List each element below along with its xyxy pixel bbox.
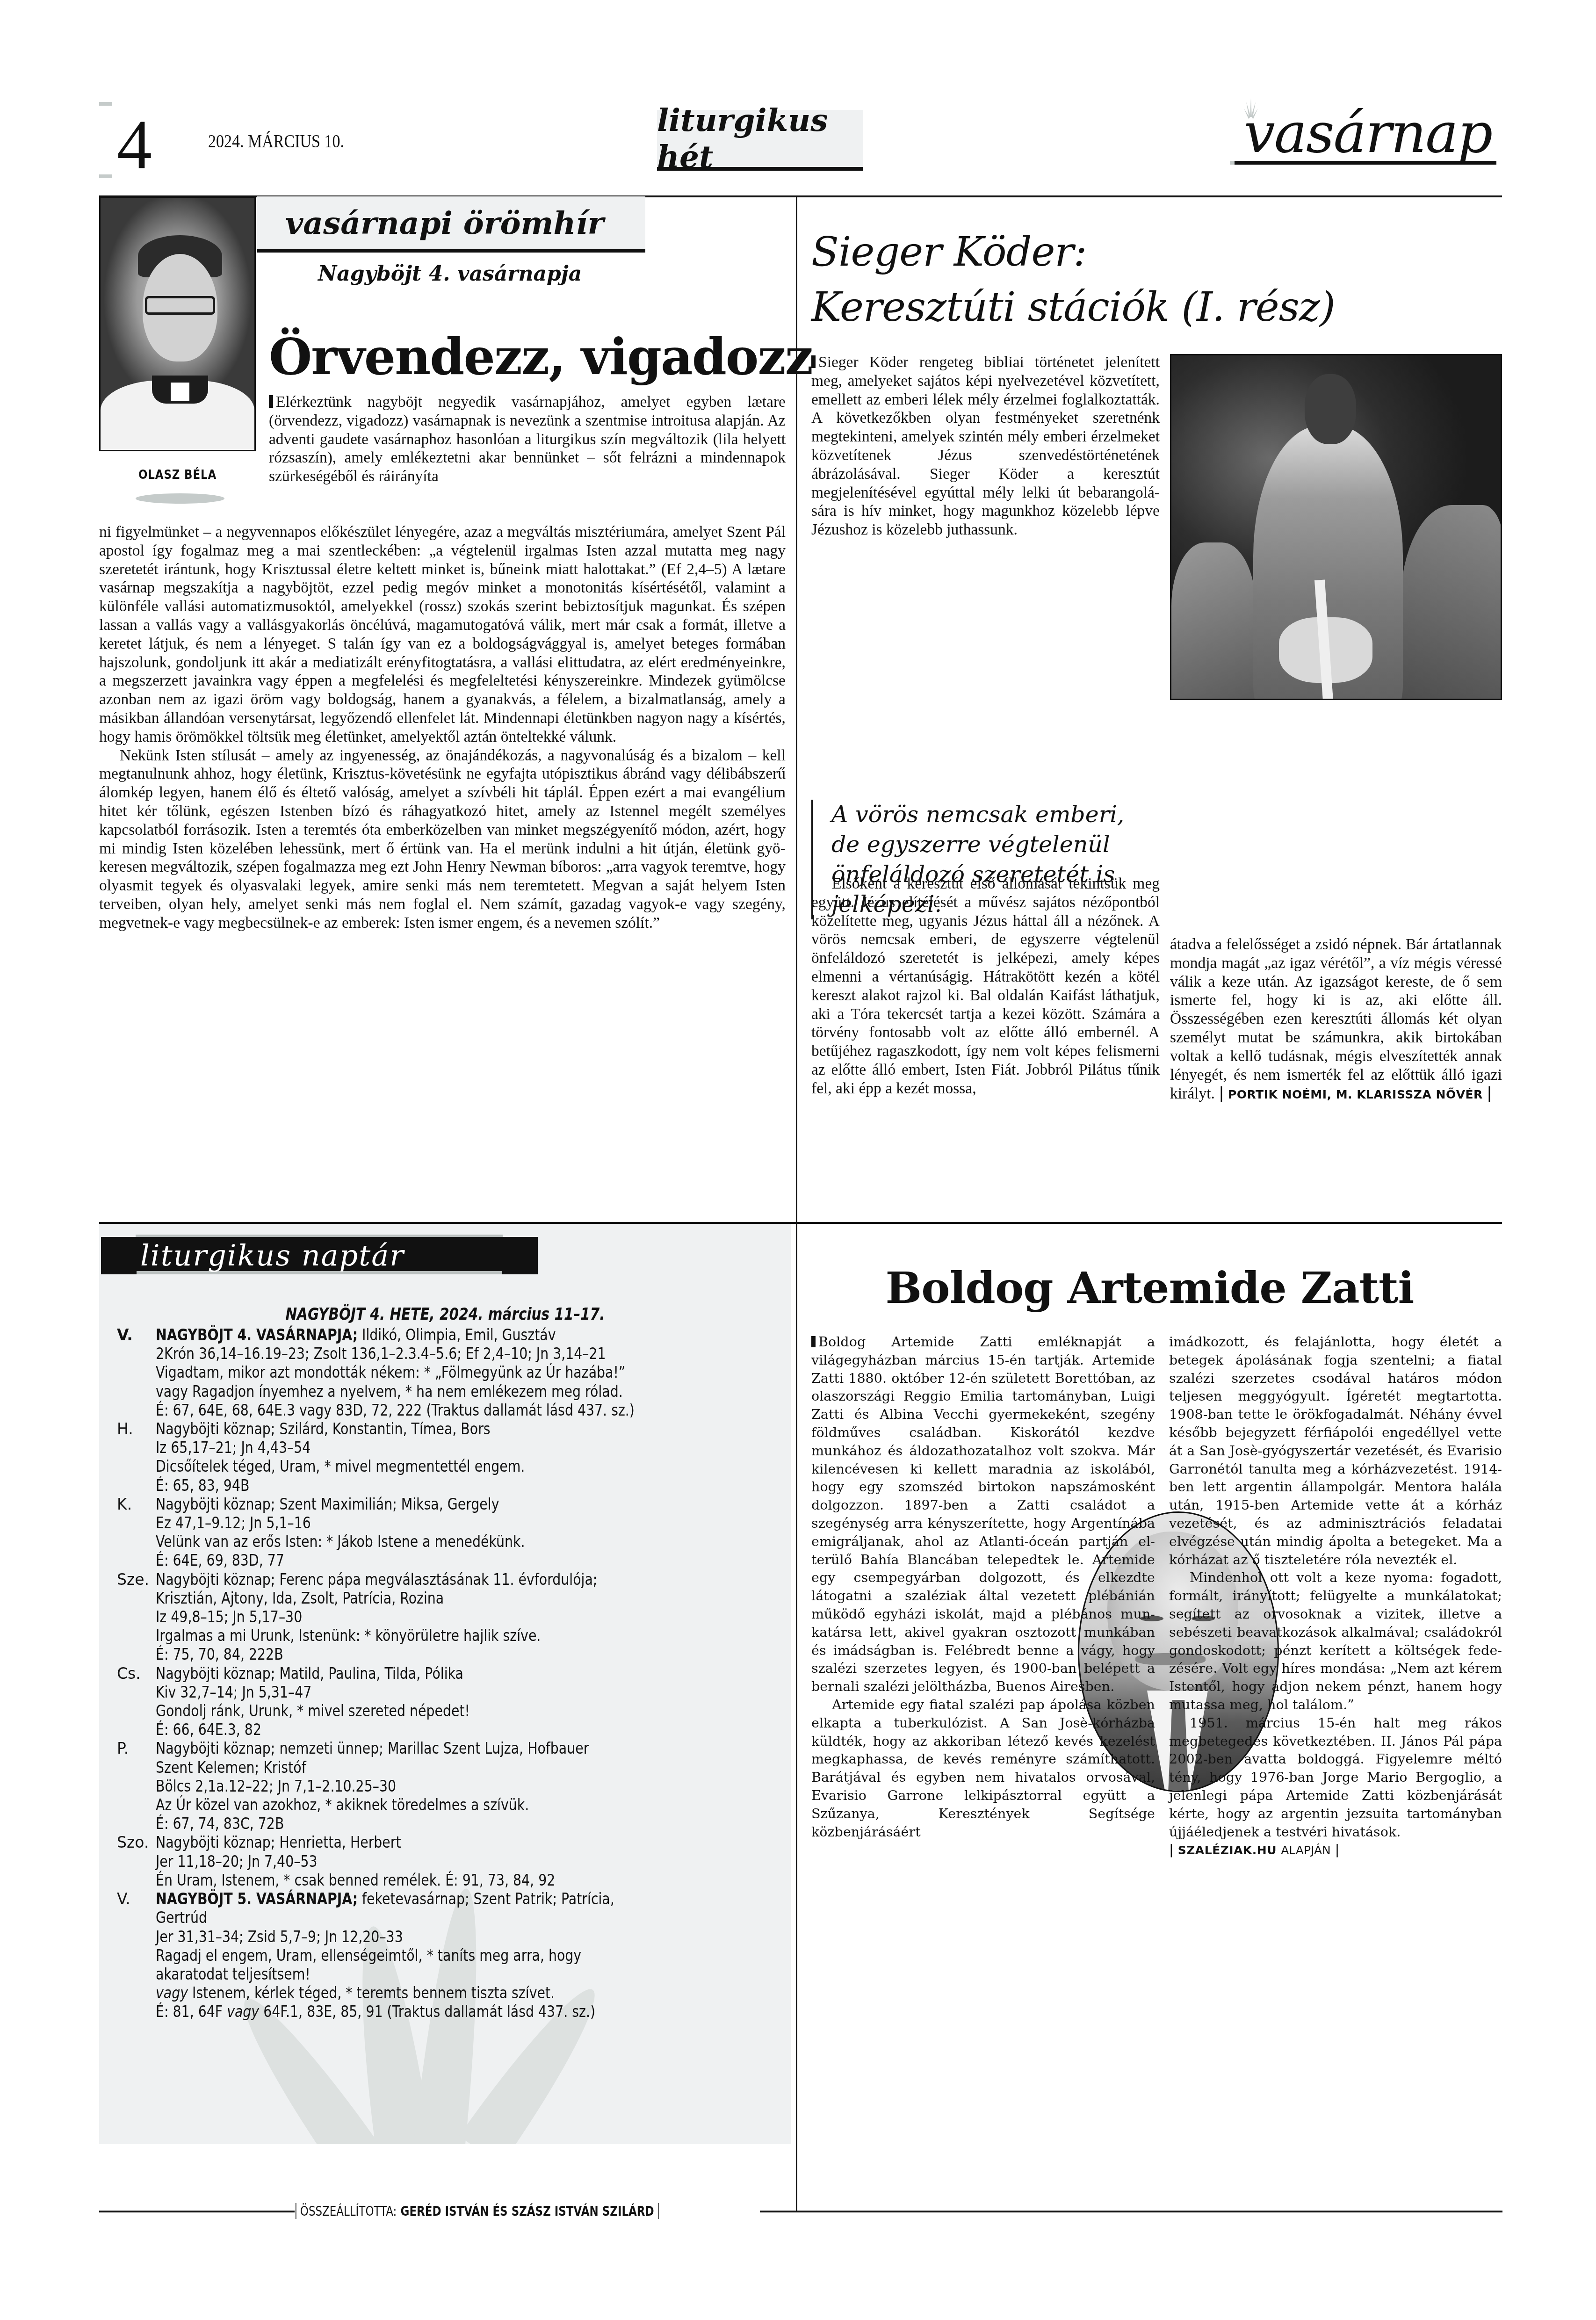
article-body-col2: átadva a felelősséget a zsidó népnek. Bá… (1170, 935, 1502, 1104)
article-title: Örvendezz, vigadozz (269, 327, 812, 386)
paragraph: Boldog Artemide Zatti emléknapját a vilá… (811, 1334, 1155, 1694)
painting-jesus-head (1305, 374, 1356, 444)
day-names: Nagyböjti köznap; Henrietta, Herbert (156, 1833, 686, 1852)
calendar-day: Sze. Nagyböjti köznap; Ferenc pápa megvá… (117, 1570, 772, 1664)
page-number-bar-top (99, 102, 112, 106)
reading-line: Ragadj el engem, Uram, ellenségeimtől, *… (156, 1946, 686, 1965)
reading-line: É: 65, 83, 94B (156, 1476, 686, 1495)
article-intro: Sieger Köder rengeteg bibliai történe­te… (811, 353, 1160, 539)
reading-line: vagy Istenem, kérlek téged, * teremts be… (156, 1984, 686, 2002)
day-names: Ildikó, Olimpia, Emil, Gusztáv (358, 1326, 556, 1344)
section-label: liturgikus hét (657, 110, 863, 171)
day-abbr: K. (117, 1495, 156, 1570)
article-body-col1: Elsőként a keresztút első állomását teki… (811, 875, 1160, 1098)
day-names: Nagyböjti köznap; Szilárd, Konstantin, T… (156, 1420, 686, 1438)
author-name: OLASZ BÉLA (111, 468, 244, 482)
painting-caiaphas (1171, 542, 1256, 700)
paragraph: átadva a felelősséget a zsidó népnek. Bá… (1170, 936, 1502, 1102)
article-byline: PORTIK NOÉMI, M. KLARISSZA NŐVÉR (1228, 1088, 1483, 1101)
reading-line: Velünk van az erős Isten: * Jákob Istene… (156, 1532, 686, 1551)
reading-line: Gertrúd (156, 1908, 686, 1927)
day-names: Nagyböjti köznap; Szent Maximilián; Miks… (156, 1495, 686, 1514)
reading-line: Kiv 32,7–14; Jn 5,31–47 (156, 1683, 686, 1702)
lead-marker-icon (269, 395, 273, 408)
paragraph: Nekünk Isten stílusát – amely az ingyene… (99, 746, 786, 932)
day-abbr: Szo. (117, 1833, 156, 1890)
day-names: Nagyböjti köznap; Matild, Paulina, Tilda… (156, 1664, 686, 1683)
reading-line: Szent Kelemen; Kristóf (156, 1758, 686, 1777)
article-title: Boldog Artemide Zatti (797, 1263, 1502, 1313)
reading-line: É: 75, 70, 84, 222B (156, 1645, 686, 1664)
title-line-1: Sieger Köder: (811, 229, 1086, 275)
calendar-day: V. NAGYBÖJT 5. VASÁRNAPJA; feketevasárna… (117, 1890, 772, 2021)
day-names: feketevasárnap; Szent Patrik; Patrícia, (358, 1890, 614, 1908)
article-source: | SZALÉZIAK.HU ALAPJÁN | (1169, 1841, 1502, 1860)
article-body-col2: imádkozott, és felajánlotta, hogy éle­té… (1169, 1333, 1502, 1860)
reading-line: Irgalmas a mi Urunk, Istenünk: * könyörü… (156, 1626, 686, 1645)
credit-rule-right (760, 2211, 1502, 2212)
reading-line: Krisztián, Ajtony, Ida, Zsolt, Patrícia,… (156, 1589, 686, 1608)
credit-names: GERÉD ISTVÁN ÉS SZÁSZ ISTVÁN SZILÁRD (401, 2204, 654, 2219)
day-names: Nagyböjti köznap; Ferenc pápa megválaszt… (156, 1570, 686, 1589)
credit-bar (658, 2203, 659, 2219)
column-kicker: vasárnapi örömhír (257, 196, 645, 253)
paragraph: 1951. március 15-én halt meg rákos megbe… (1169, 1714, 1502, 1841)
day-abbr: P. (117, 1739, 156, 1833)
reading-line: Jer 11,18–20; Jn 7,40–53 (156, 1852, 686, 1871)
page-number-bar-bottom (99, 174, 112, 178)
day-names: Nagyböjti köznap; nemzeti ünnep; Marilla… (156, 1739, 686, 1758)
reading-line: É: 81, 64F vagy 64F.1, 83E, 85, 91 (Trak… (156, 2002, 686, 2021)
paragraph: Artemide egy fiatal szalézi pap ápo­lása… (811, 1696, 1155, 1841)
logo-rule (1235, 161, 1496, 165)
paragraph: Sieger Köder rengeteg bibliai történe­te… (811, 354, 1160, 538)
photo-glasses (145, 296, 215, 315)
day-abbr: V. (117, 1890, 156, 2021)
issue-date: 2024. MÁRCIUS 10. (208, 130, 344, 152)
reading-line: É: 67, 74, 83C, 72B (156, 1814, 686, 1833)
calendar-day: Szo. Nagyböjti köznap; Henrietta, Herber… (117, 1833, 772, 1890)
reading-line: Az Úr közel van azokhoz, * akiknek töred… (156, 1796, 686, 1814)
reading-line: É: 66, 64E.3, 82 (156, 1720, 686, 1739)
author-decoration (136, 493, 224, 504)
reading-line: vagy Ragadjon ínyemhez a nyelvem, * ha n… (156, 1382, 686, 1401)
article-body-col1: Boldog Artemide Zatti emléknapját a vilá… (811, 1333, 1155, 1841)
title-line-2: Keresztúti stációk (I. rész) (811, 284, 1335, 331)
reading-line: 2Krón 36,14–16.19–23; Zsolt 136,1–2.3.4–… (156, 1344, 686, 1363)
photo-collar-tab (171, 383, 189, 401)
lead-marker-icon (811, 1336, 816, 1347)
calendar-credit: ÖSSZEÁLLÍTOTTA: GERÉD ISTVÁN ÉS SZÁSZ IS… (296, 2201, 658, 2221)
credit-bar (296, 2203, 296, 2219)
article-body-top: Elérkeztünk nagyböjt negyedik vasárnapjá… (269, 393, 786, 486)
reading-line: Iz 49,8–15; Jn 5,17–30 (156, 1608, 686, 1626)
kicker-text: vasárnapi örömhír (285, 205, 604, 241)
painting-pilate (1401, 505, 1502, 700)
reading-line: Iz 65,17–21; Jn 4,43–54 (156, 1438, 686, 1457)
paragraph: Mindenhol ott volt a keze nyoma: fogadot… (1169, 1568, 1502, 1713)
section-title: liturgikus hét (657, 102, 863, 175)
feast-name: NAGYBÖJT 4. VASÁRNAPJA; (156, 1326, 358, 1344)
paragraph: ni figyelmünket – a negyvennapos előkész… (99, 523, 786, 746)
credit-label: ÖSSZEÁLLÍTOTTA: (300, 2204, 397, 2219)
article-title: Sieger Köder: Keresztúti stációk (I. rés… (811, 224, 1335, 335)
column-divider-bottom (796, 1224, 797, 2212)
feast-name: NAGYBÖJT 5. VASÁRNAPJA; (156, 1890, 358, 1908)
calendar-day: H. Nagyböjti köznap; Szilárd, Konstantin… (117, 1420, 772, 1495)
page-number: 4 (117, 110, 152, 180)
reading-line: Vigadtam, mikor azt mondották nékem: * „… (156, 1363, 686, 1382)
reading-line: Gondolj ránk, Urunk, * mivel szereted né… (156, 1702, 686, 1720)
publication-logo[interactable]: vasárnap (1244, 101, 1492, 165)
paragraph: imádkozott, és felajánlotta, hogy éle­té… (1169, 1333, 1502, 1568)
calendar-day: P. Nagyböjti köznap; nemzeti ünnep; Mari… (117, 1739, 772, 1833)
calendar-day: V. NAGYBÖJT 4. VASÁRNAPJA; Ildikó, Olimp… (117, 1326, 772, 1420)
article-body-full: ni figyelmünket – a negyvennapos előkész… (99, 523, 786, 932)
source-name: SZALÉZIAK.HU (1178, 1843, 1277, 1857)
logo-rule-accent (1230, 161, 1235, 165)
day-abbr: Cs. (117, 1664, 156, 1740)
reading-line: Én Uram, Istenem, * csak benned remélek.… (156, 1871, 686, 1890)
reading-line: akaratodat teljesítsem! (156, 1965, 686, 1984)
paragraph: Elérkeztünk nagyböjt negyedik vasárnapjá… (269, 393, 786, 485)
day-abbr: Sze. (117, 1570, 156, 1664)
article-subkicker: Nagyböjt 4. vasárnapja (318, 262, 582, 286)
reading-line: Jer 31,31–34; Zsid 5,7–9; Jn 12,20–33 (156, 1928, 686, 1946)
reading-line: Dicsőítelek téged, Uram, * mivel megment… (156, 1457, 686, 1476)
calendar-week: NAGYBÖJT 4. HETE, 2024. március 11–17. (161, 1305, 729, 1324)
source-suffix: ALAPJÁN (1281, 1843, 1331, 1857)
reading-line: Bölcs 2,1a.12–22; Jn 7,1–2.10.25–30 (156, 1777, 686, 1796)
author-photo (99, 196, 256, 451)
credit-rule-left (99, 2211, 295, 2212)
day-abbr: H. (117, 1420, 156, 1495)
reading-line: Ez 47,1–9.12; Jn 5,1–16 (156, 1514, 686, 1532)
calendar-day-list: V. NAGYBÖJT 4. VASÁRNAPJA; Ildikó, Olimp… (117, 1326, 772, 2022)
day-abbr: V. (117, 1326, 156, 1420)
calendar-day: Cs. Nagyböjti köznap; Matild, Paulina, T… (117, 1664, 772, 1740)
painting-image (1170, 354, 1502, 700)
lead-marker-icon (811, 355, 816, 368)
calendar-title: liturgikus naptár (140, 1237, 404, 1274)
calendar-day: K. Nagyböjti köznap; Szent Maximilián; M… (117, 1495, 772, 1570)
reading-line: É: 67, 64E, 68, 64E.3 vagy 83D, 72, 222 … (156, 1401, 686, 1420)
reading-line: É: 64E, 69, 83D, 77 (156, 1551, 686, 1570)
